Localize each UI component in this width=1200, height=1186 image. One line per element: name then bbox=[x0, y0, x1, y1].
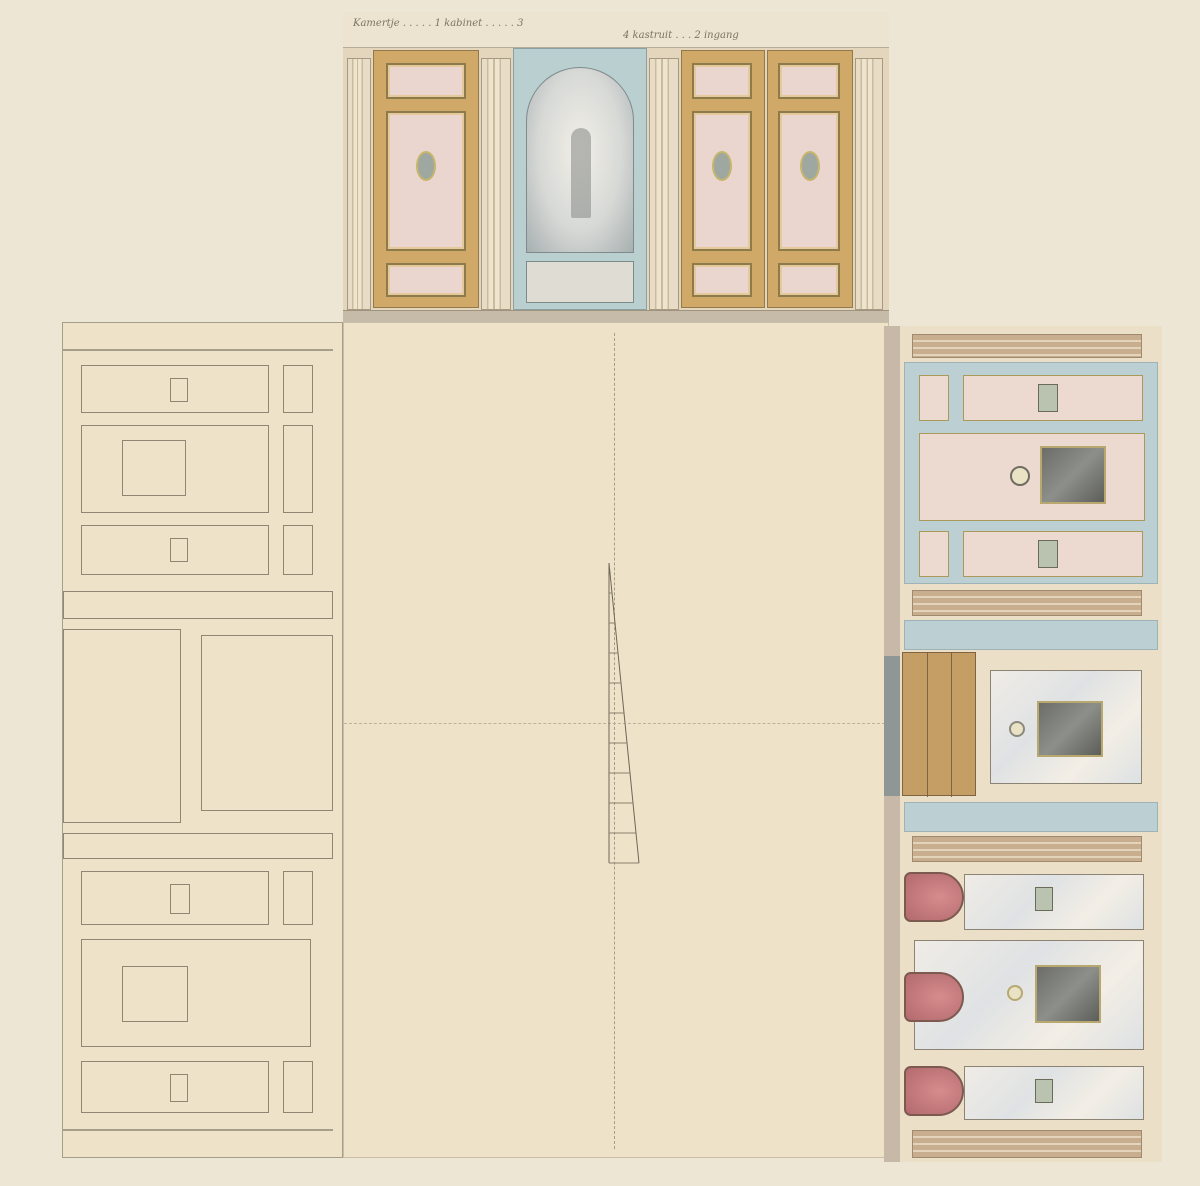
divider bbox=[63, 1129, 333, 1131]
doorway-outline bbox=[201, 635, 333, 811]
left-wall-elevation-pencil bbox=[62, 322, 343, 1158]
chair-icon bbox=[904, 1066, 964, 1116]
statue-niche bbox=[526, 67, 634, 253]
blue-panel-frame bbox=[904, 362, 1158, 584]
chair-icon bbox=[904, 872, 964, 922]
divider bbox=[63, 349, 333, 351]
caption-left: Kamertje . . . . . 1 kabinet . . . . . 3 bbox=[353, 18, 523, 29]
panel bbox=[692, 63, 752, 99]
top-wall-elevation: Kamertje . . . . . 1 kabinet . . . . . 3… bbox=[343, 12, 889, 322]
blue-rail bbox=[904, 802, 1158, 832]
clock-icon bbox=[1009, 721, 1025, 737]
fluted-frieze bbox=[912, 590, 1142, 616]
panel-outline bbox=[81, 1061, 269, 1113]
panel bbox=[778, 63, 840, 99]
panel bbox=[692, 263, 752, 297]
panel bbox=[692, 111, 752, 251]
rail-outline bbox=[63, 591, 333, 619]
mirror bbox=[1035, 965, 1101, 1023]
frame-outline bbox=[170, 378, 188, 402]
rail-outline bbox=[63, 833, 333, 859]
right-wall-elevation bbox=[884, 326, 1162, 1162]
picture-icon bbox=[1038, 384, 1058, 412]
panel bbox=[963, 375, 1143, 421]
fluted-frieze bbox=[912, 1130, 1142, 1158]
door-centre-right bbox=[681, 50, 765, 308]
panel bbox=[963, 531, 1143, 577]
panel bbox=[386, 263, 466, 297]
caption-right: 4 kastruit . . . 2 ingang bbox=[623, 30, 739, 41]
panel bbox=[919, 433, 1145, 521]
panel bbox=[919, 531, 949, 577]
panel bbox=[919, 375, 949, 421]
panel bbox=[778, 263, 840, 297]
frame-outline bbox=[122, 966, 188, 1022]
handwritten-caption: Kamertje . . . . . 1 kabinet . . . . . 3… bbox=[343, 12, 889, 48]
panel-outline bbox=[81, 939, 311, 1047]
picture-icon bbox=[1038, 540, 1058, 568]
skirting bbox=[343, 310, 889, 322]
blue-rail bbox=[904, 620, 1158, 650]
frame-outline bbox=[170, 884, 190, 914]
medallion-icon bbox=[712, 151, 732, 181]
mirror bbox=[1037, 701, 1103, 757]
panel-outline bbox=[81, 871, 269, 925]
panel-outline bbox=[283, 425, 313, 513]
opening-outline bbox=[63, 629, 181, 823]
door-left bbox=[373, 50, 479, 308]
cabinet bbox=[902, 652, 976, 796]
mirror bbox=[1040, 446, 1106, 504]
center-blank-sheet bbox=[343, 322, 889, 1158]
door-right bbox=[767, 50, 853, 308]
clock-icon bbox=[1007, 985, 1023, 1001]
niche-frame bbox=[513, 48, 647, 310]
clock-icon bbox=[1010, 466, 1030, 486]
marble-panel bbox=[964, 874, 1144, 930]
fluted-frieze bbox=[912, 836, 1142, 862]
panel-outline bbox=[283, 871, 313, 925]
picture-icon bbox=[1035, 887, 1053, 911]
panel bbox=[386, 63, 466, 99]
shadow-strip bbox=[884, 656, 900, 796]
panel-outline bbox=[81, 425, 269, 513]
panel-outline bbox=[283, 365, 313, 413]
panel-outline bbox=[283, 525, 313, 575]
panel-outline bbox=[81, 365, 269, 413]
pilaster bbox=[649, 58, 679, 310]
frame-outline bbox=[122, 440, 186, 496]
panel-outline bbox=[283, 1061, 313, 1113]
statue-icon bbox=[571, 128, 591, 218]
picture-icon bbox=[1035, 1079, 1053, 1103]
marble-panel bbox=[990, 670, 1142, 784]
relief-panel bbox=[526, 261, 634, 303]
panel bbox=[386, 111, 466, 251]
panel bbox=[778, 111, 840, 251]
frame-outline bbox=[170, 1074, 188, 1102]
pilaster bbox=[347, 58, 371, 310]
fluted-frieze bbox=[912, 334, 1142, 358]
medallion-icon bbox=[416, 151, 436, 181]
cabinet-divider bbox=[951, 653, 952, 797]
frame-outline bbox=[170, 538, 188, 562]
chair-icon bbox=[904, 972, 964, 1022]
cabinet-divider bbox=[927, 653, 928, 797]
scale-bar-icon bbox=[599, 563, 649, 873]
panel-outline bbox=[81, 525, 269, 575]
pilaster bbox=[855, 58, 883, 310]
medallion-icon bbox=[800, 151, 820, 181]
marble-panel bbox=[964, 1066, 1144, 1120]
pilaster bbox=[481, 58, 511, 310]
